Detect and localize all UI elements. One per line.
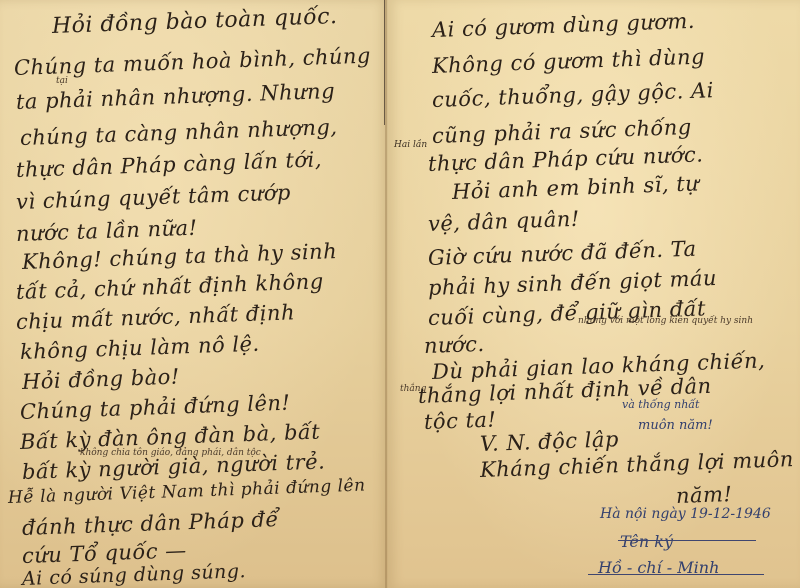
left-line-4: thực dân Pháp càng lấn tới, [16, 147, 323, 182]
signature-label: Tên ký [620, 532, 673, 551]
right-page: Ai có gươm dùng gươm. Không có gươm thì … [388, 0, 800, 588]
left-interlinear-note-1: tại [56, 76, 68, 86]
right-line-8: Giờ cứu nước đã đến. Ta [428, 237, 697, 270]
right-line-3: cuốc, thuổng, gậy gộc. Ai [432, 78, 715, 112]
left-line-7: Không! chúng ta thà hy sinh [22, 239, 338, 274]
right-interlinear-note-1: nhưng với một lòng kiên quyết hy sinh [578, 316, 753, 326]
left-line-8: tất cả, chứ nhất định không [16, 269, 324, 304]
right-line-9: phải hy sinh đến giọt máu [428, 266, 718, 300]
right-line-5: thực dân Pháp cứu nước. [428, 142, 704, 176]
right-line-6: Hỏi anh em binh sĩ, tự [452, 171, 700, 204]
right-line-14: tộc ta! [424, 407, 497, 434]
dateline: Hà nội ngày 19-12-1946 [600, 506, 771, 522]
page-fold [385, 0, 387, 588]
right-interlinear-note-4: muôn năm! [638, 418, 713, 433]
signature-label-strike [618, 540, 756, 541]
right-line-11: nước. [424, 332, 485, 358]
left-line-12: Chúng ta phải đứng lên! [20, 391, 291, 424]
right-line-7: vệ, dân quân! [428, 207, 581, 236]
left-line-9: chịu mất nước, nhất định [16, 300, 296, 334]
margin-rule [384, 0, 385, 125]
right-interlinear-note-3: và thống nhất [622, 398, 699, 411]
right-line-15: V. N. độc lập [480, 427, 620, 456]
left-line-3: chúng ta càng nhân nhượng, [20, 115, 338, 150]
manuscript-spread: Hỏi đồng bào toàn quốc. Chúng ta muốn ho… [0, 0, 800, 588]
signature-underline [588, 574, 764, 575]
left-line-1: Chúng ta muốn hoà bình, chúng [14, 44, 372, 80]
right-line-1: Ai có gươm dùng gươm. [432, 9, 696, 42]
left-line-6: nước ta lần nữa! [16, 216, 198, 246]
left-line-5: vì chúng quyết tâm cướp [16, 180, 292, 214]
right-line-17: năm! [676, 482, 733, 508]
left-page-title: Hỏi đồng bào toàn quốc. [52, 4, 338, 39]
left-line-10: không chịu làm nô lệ. [20, 332, 260, 364]
right-line-2: Không có gươm thì dùng [432, 44, 706, 78]
right-line-4: cũng phải ra sức chống [432, 115, 693, 148]
right-margin-note: Hai lần [394, 140, 427, 150]
left-line-16: đánh thực dân Pháp để [22, 507, 280, 540]
left-page: Hỏi đồng bào toàn quốc. Chúng ta muốn ho… [0, 0, 388, 588]
left-line-11: Hỏi đồng bào! [22, 364, 181, 393]
